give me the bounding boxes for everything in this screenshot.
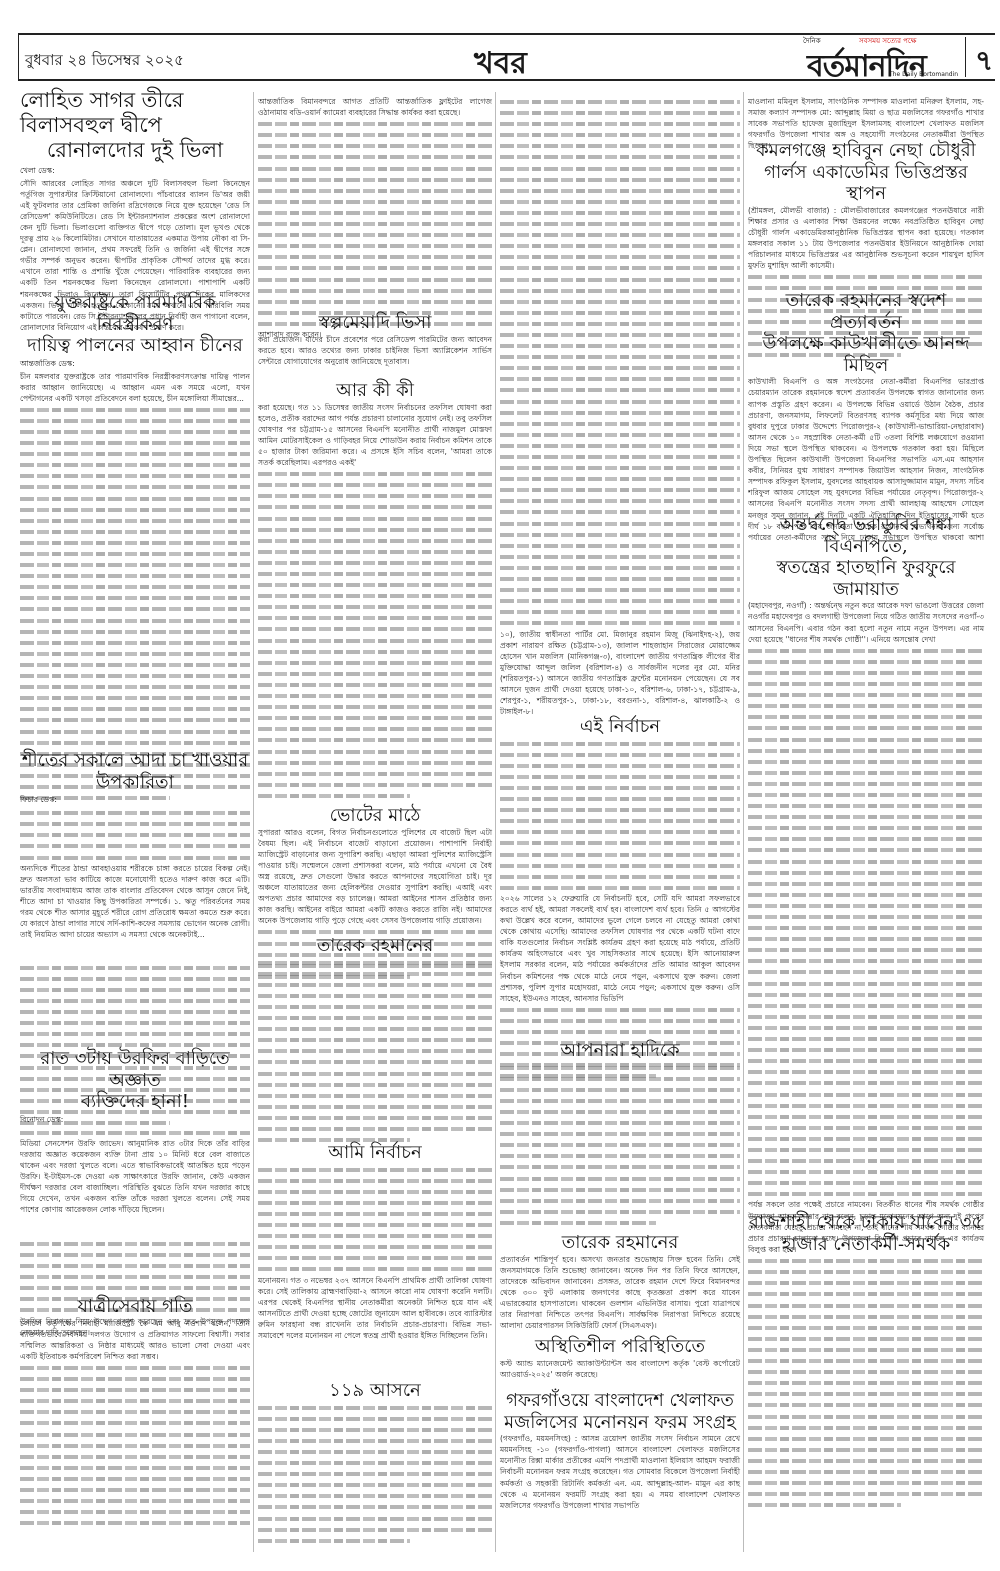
article-body: অন্যদিকে শীতের ঠান্ডা আবহাওয়ায় শরীরকে … [20, 863, 250, 962]
masthead-divider [965, 37, 966, 77]
page-number: ৭ [975, 39, 993, 86]
newspaper-page: বুধবার ২৪ ডিসেম্বর ২০২৫ খবর দৈনিক সবসময়… [0, 0, 1000, 1571]
article-what-else: আর কী কী করা হয়েছে। গত ১১ ডিসেম্বর জাতী… [258, 380, 492, 801]
article-headline: শীতের সকালে আদা চা খাওয়ার [20, 750, 250, 772]
article-headline: গার্লস একাডেমির ভিত্তিপ্রস্তর স্থাপন [748, 162, 984, 205]
article-china: যুক্তরাষ্ট্রকে পারমাণবিক নিরস্ত্রীকরণ দা… [20, 292, 250, 803]
article-headline: অস্থিতিশীল পরিস্থিতিতে [500, 1336, 740, 1358]
article-you-hadi: আপনারা হাদিকে [500, 1040, 740, 1228]
article-headline: উপকারিতা [20, 772, 250, 794]
article-ami-nirbachon: আমি নির্বাচন মনোনয়ন। গত ৩ নভেম্বর ২৩৭ আ… [258, 1142, 492, 1341]
article-candidates: ১০), জাতীয় স্বাধীনতা পার্টির মো. মিজানু… [500, 96, 740, 717]
article-headline: তারেক রহমানের [258, 935, 492, 957]
article-headline: যাত্রীসেবায় গতি [20, 1296, 250, 1318]
article-airport: আন্তর্জাতিক বিমানবন্দরে আগত প্রতিটি আন্ত… [258, 96, 492, 340]
article-headline: স্বল্পমেয়াদি ভিসা [258, 312, 492, 334]
article-gafargaon: গফরগাঁওয়ে বাংলাদেশ খেলাফত মজলিসের মনোনয… [500, 1390, 740, 1511]
article-headline: গফরগাঁওয়ে বাংলাদেশ খেলাফত [500, 1390, 740, 1412]
article-headline: লোহিত সাগর তীরে বিলাসবহুল দ্বীপে [20, 88, 250, 138]
article-visa: স্বল্পমেয়াদি ভিসা করা প্রয়োজন। যাদের চ… [258, 312, 492, 367]
article-headline: হাজার নেতাকর্মী-সমর্থক [748, 1234, 984, 1256]
article-headline: তারেক রহমানের [500, 1232, 740, 1254]
article-naogaon: অন্তর্দ্বন্দ্বে ভরাডুবির শঙ্কা বিএনপিতে,… [748, 514, 984, 1255]
article-byline: ফিচার ডেস্ক: [20, 795, 250, 807]
article-unstable: অস্থিতিশীল পরিস্থিতিতে কস্ট অ্যান্ড ম্যা… [500, 1336, 740, 1380]
article-headline: উপলক্ষে কাউখালীতে আনন্দ মিছিল [748, 333, 984, 376]
article-body: প্রত্যাবর্তন শান্তিপূর্ণ হবে। অসংখ্য জনত… [500, 1254, 740, 1332]
article-headline: আমি নির্বাচন [258, 1142, 492, 1164]
article-headline: রাজশাহী থেকে ঢাকায় যাবেন ৩৫ [748, 1212, 984, 1234]
article-body: আন্তর্জাতিক বিমানবন্দরে আগত প্রতিটি আন্ত… [258, 96, 492, 118]
article-kawkhali: তারেক রহমানের স্বদেশ প্রত্যাবর্তন উপলক্ষ… [748, 290, 984, 544]
article-rajshahi: রাজশাহী থেকে ঢাকায় যাবেন ৩৫ হাজার নেতাক… [748, 1212, 984, 1510]
article-body: মনোনয়ন। গত ৩ নভেম্বর ২৩৭ আসনে বিএনপি প্… [258, 1275, 492, 1342]
article-headline: ১১৯ আসনে [258, 1380, 492, 1402]
column-divider [253, 92, 254, 1552]
article-headline: কমলগঞ্জে হাবিবুন নেছা চৌধুরী [748, 140, 984, 162]
column-divider [495, 92, 496, 1552]
article-headline: রাত ৩টায় উরফির বাড়িতে অজ্ঞাত [20, 1048, 250, 1091]
article-passenger-service: যাত্রীসেবায় গতি চলাচল কর্তৃপক্ষের নির্ব… [20, 1296, 250, 1528]
article-body: ২০২৬ সালের ১২ ফেব্রুয়ারি যে নির্বাচনটি … [500, 893, 740, 1004]
section-title: খবর [474, 39, 527, 90]
article-tarek-col2: তারেক রহমানের [258, 935, 492, 1145]
article-headline: ব্যক্তিদের হানা! [20, 1091, 250, 1113]
article-byline: আন্তর্জাতিক ডেস্ক: [20, 359, 250, 371]
logo-wordmark: বর্তমানদিন [807, 42, 926, 93]
article-headline: আপনারা হাদিকে [500, 1040, 740, 1062]
article-headline: তারেক রহমানের স্বদেশ প্রত্যাবর্তন [748, 290, 984, 333]
newspaper-logo: দৈনিক সবসময় সত্যের পক্ষে বর্তমানদিন The… [799, 35, 959, 79]
article-body: কস্ট অ্যান্ড ম্যানেজমেন্ট অ্যাকাউন্ট্যান… [500, 1358, 740, 1380]
column-divider [743, 92, 744, 1552]
article-headline: যুক্তরাষ্ট্রকে পারমাণবিক নিরস্ত্রীকরণ [20, 292, 250, 335]
article-headline: মজলিসের মনোনয়ন ফরম সংগ্রহ [500, 1412, 740, 1434]
article-headline: স্বতন্ত্রের হাতছানি ফুরফুরে জামায়াত [748, 557, 984, 600]
article-tarek-col3: তারেক রহমানের প্রত্যাবর্তন শান্তিপূর্ণ হ… [500, 1232, 740, 1331]
article-body: চলাচল কর্তৃপক্ষের নির্বাহী ম্যাজিস্ট্রেট… [20, 1318, 250, 1362]
article-byline: খেলা ডেস্ক: [20, 166, 250, 178]
article-body: করা হয়েছে। গত ১১ ডিসেম্বর জাতীয় সংসদ ন… [258, 402, 492, 469]
article-body: (মহাদেবপুর, নওগাঁ) : অন্তর্দ্বন্দ্বে নতু… [748, 600, 984, 644]
article-body: (গফরগাঁও, ময়মনসিংহ) : আসন্ন ত্রয়োদশ জা… [500, 1433, 740, 1511]
article-headline: দায়িত্ব পালনের আহ্বান চীনের [20, 335, 250, 357]
article-headline: অন্তর্দ্বন্দ্বে ভরাডুবির শঙ্কা বিএনপিতে, [748, 514, 984, 557]
article-seat-119: ১১৯ আসনে [258, 1380, 492, 1546]
article-byline: বিনোদন ডেস্ক: [20, 1115, 250, 1127]
article-body: সুপাররা আরও বলেন, বিগত নির্বাচনগুলোতে পু… [258, 827, 492, 927]
issue-date: বুধবার ২৪ ডিসেম্বর ২০২৫ [25, 49, 184, 74]
article-headline: রোনালদোর দুই ভিলা [20, 138, 250, 163]
article-body: করা প্রয়োজন। যাদের চীনে প্রবেশের পরে রে… [258, 334, 492, 367]
article-body: ১০), জাতীয় স্বাধীনতা পার্টির মো. মিজানু… [500, 629, 740, 718]
article-urfi: রাত ৩টায় উরফির বাড়িতে অজ্ঞাত ব্যক্তিদে… [20, 1048, 250, 1338]
logo-english: The Daily Bortomandin [889, 71, 958, 78]
article-headline: ভোটের মাঠে [258, 805, 492, 827]
article-this-election: এই নির্বাচন ২০২৬ সালের ১২ ফেব্রুয়ারি যে… [500, 716, 740, 1082]
masthead: বুধবার ২৪ ডিসেম্বর ২০২৫ খবর দৈনিক সবসময়… [18, 33, 995, 81]
article-body: মিডিয়া সেনসেশন উরফি জাভেদ। আনুমানিক রাত… [20, 1138, 250, 1238]
article-body: চীন মঙ্গলবার যুক্তরাষ্ট্রকে তার পারমাণবি… [20, 371, 250, 404]
article-headline: আর কী কী [258, 380, 492, 402]
article-headline: এই নির্বাচন [500, 716, 740, 738]
article-body: (শ্রীমঙ্গল, মৌলভী বাজার) : মৌলভীবাজারের … [748, 205, 984, 272]
article-body-continued [20, 404, 250, 803]
